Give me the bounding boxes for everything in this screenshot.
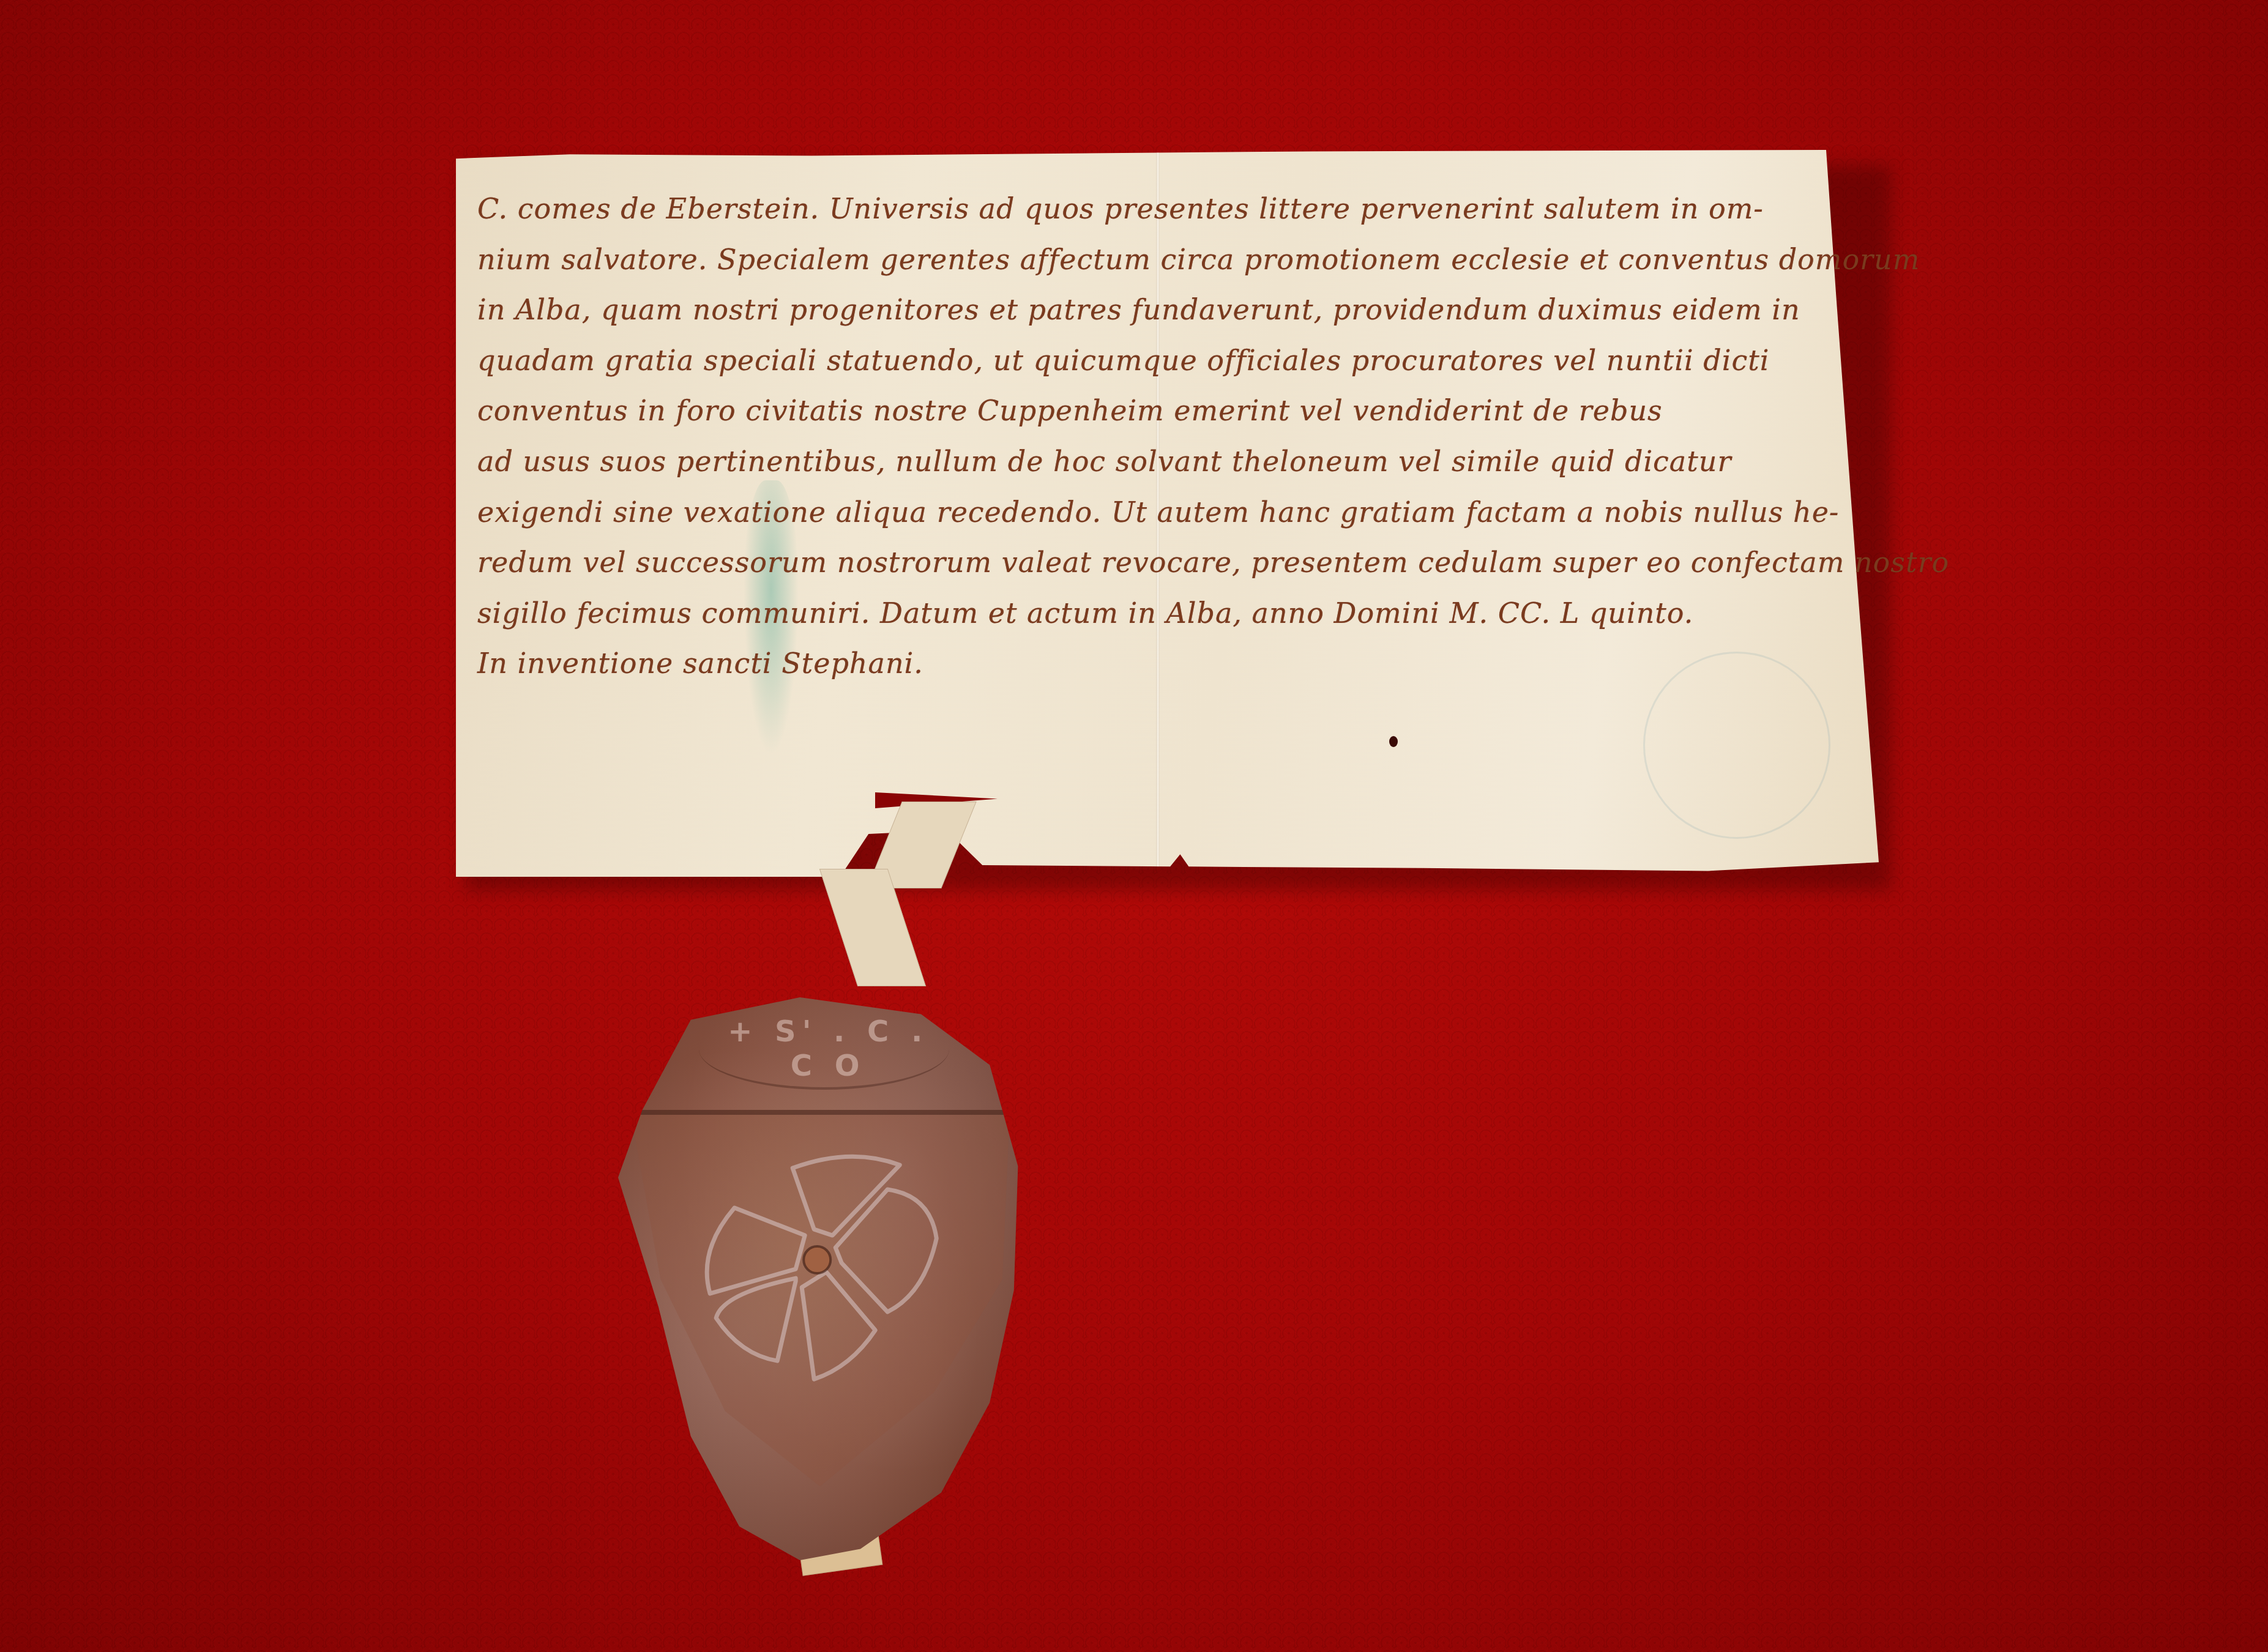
charter-line-2: nium salvatore. Specialem gerentes affec…: [477, 234, 1860, 285]
charter-line-6: ad usus suos pertinentibus, nullum de ho…: [477, 436, 1860, 487]
charter-line-9: sigillo fecimus communiri. Datum et actu…: [477, 588, 1860, 639]
seal-legend: + S' . C . C O: [711, 1014, 946, 1083]
charter-line-7: exigendi sine vexatione aliqua recedendo…: [477, 487, 1860, 538]
charter-text: C. comes de Eberstein. Universis ad quos…: [477, 184, 1860, 689]
charter-line-3: in Alba, quam nostri progenitores et pat…: [477, 285, 1860, 335]
charter-line-5: conventus in foro civitatis nostre Cuppe…: [477, 385, 1860, 436]
parchment-hole: [1389, 736, 1398, 747]
charter-line-10: In inventione sancti Stephani.: [477, 638, 1860, 689]
charter-line-4: quadam gratia speciali statuendo, ut qui…: [477, 335, 1860, 386]
charter-line-8: redum vel successorum nostrorum valeat r…: [477, 537, 1860, 588]
charter-line-1: C. comes de Eberstein. Universis ad quos…: [477, 184, 1860, 234]
